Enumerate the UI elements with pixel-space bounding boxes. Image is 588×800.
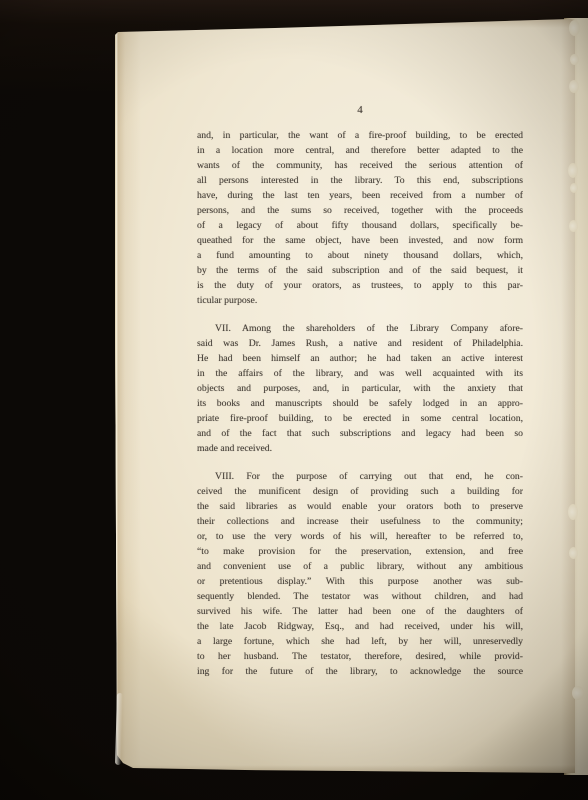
text-line: all persons interested in the library. T… xyxy=(197,173,523,188)
text-line: by the terms of the said subscription an… xyxy=(197,263,523,278)
text-line: VII. Among the shareholders of the Libra… xyxy=(197,321,523,336)
paragraph: VIII. For the purpose of carrying out th… xyxy=(197,469,523,679)
text-line: wants of the community, has received the… xyxy=(197,158,523,173)
text-line: made and received. xyxy=(197,441,523,456)
text-line: ceived the munificent design of providin… xyxy=(197,484,523,499)
text-line: is the duty of your orators, as trustees… xyxy=(197,278,523,293)
text-line: in a location more central, and therefor… xyxy=(197,143,523,158)
text-line: and, in particular, the want of a fire-p… xyxy=(197,128,523,143)
page-edge-bump xyxy=(570,54,579,65)
text-line: objects and purposes, and, in particular… xyxy=(197,381,523,396)
page-edge-bump xyxy=(568,163,578,178)
text-line: or pretentious display.” With this purpo… xyxy=(197,574,523,589)
text-line: and convenient use of a public library, … xyxy=(197,559,523,574)
text-line: sequently blended. The testator was with… xyxy=(197,589,523,604)
text-line: ticular purpose. xyxy=(197,293,523,308)
page-edge-bump xyxy=(569,20,580,36)
page-edge-bump xyxy=(569,220,578,232)
text-line: to her husband. The testator, therefore,… xyxy=(197,649,523,664)
text-line: ing for the future of the library, to ac… xyxy=(197,664,523,679)
text-line: VIII. For the purpose of carrying out th… xyxy=(197,469,523,484)
text-block: and, in particular, the want of a fire-p… xyxy=(197,128,523,679)
text-line: priate fire-proof building, to be erecte… xyxy=(197,411,523,426)
text-line: survived his wife. The latter had been o… xyxy=(197,604,523,619)
text-line: said was Dr. James Rush, a native and re… xyxy=(197,336,523,351)
page-number: 4 xyxy=(197,104,523,118)
text-line: He had been himself an author; he had ta… xyxy=(197,351,523,366)
text-line: a fund amounting to about ninety thousan… xyxy=(197,248,523,263)
book-scan: 4 and, in particular, the want of a fire… xyxy=(0,0,588,800)
text-line: “to make provision for the preservation,… xyxy=(197,544,523,559)
page-edge-bump xyxy=(569,80,579,93)
text-line: the said libraries as would enable your … xyxy=(197,499,523,514)
text-line: or, to use the very words of his will, h… xyxy=(197,529,523,544)
paragraph: VII. Among the shareholders of the Libra… xyxy=(197,321,523,456)
text-line: queathed for the same object, have been … xyxy=(197,233,523,248)
book-page: 4 and, in particular, the want of a fire… xyxy=(115,19,575,774)
text-line: a large fortune, which she had left, by … xyxy=(197,634,523,649)
text-line: persons, and the sums so received, toget… xyxy=(197,203,523,218)
text-line: its books and manuscripts should be safe… xyxy=(197,396,523,411)
page-edge-bump xyxy=(570,183,578,193)
text-line: in the affairs of the library, and was w… xyxy=(197,366,523,381)
page-edge-bump xyxy=(568,504,578,520)
text-line: and of the fact that such subscriptions … xyxy=(197,426,523,441)
text-line: the late Jacob Ridgway, Esq., and had re… xyxy=(197,619,523,634)
text-line: have, during the last ten years, been re… xyxy=(197,188,523,203)
paragraph: and, in particular, the want of a fire-p… xyxy=(197,128,523,308)
text-line: of a legacy of about fifty thousand doll… xyxy=(197,218,523,233)
text-line: their collections and increase their use… xyxy=(197,514,523,529)
page-edge-bump xyxy=(572,686,584,700)
page-edge-bump xyxy=(569,547,578,559)
